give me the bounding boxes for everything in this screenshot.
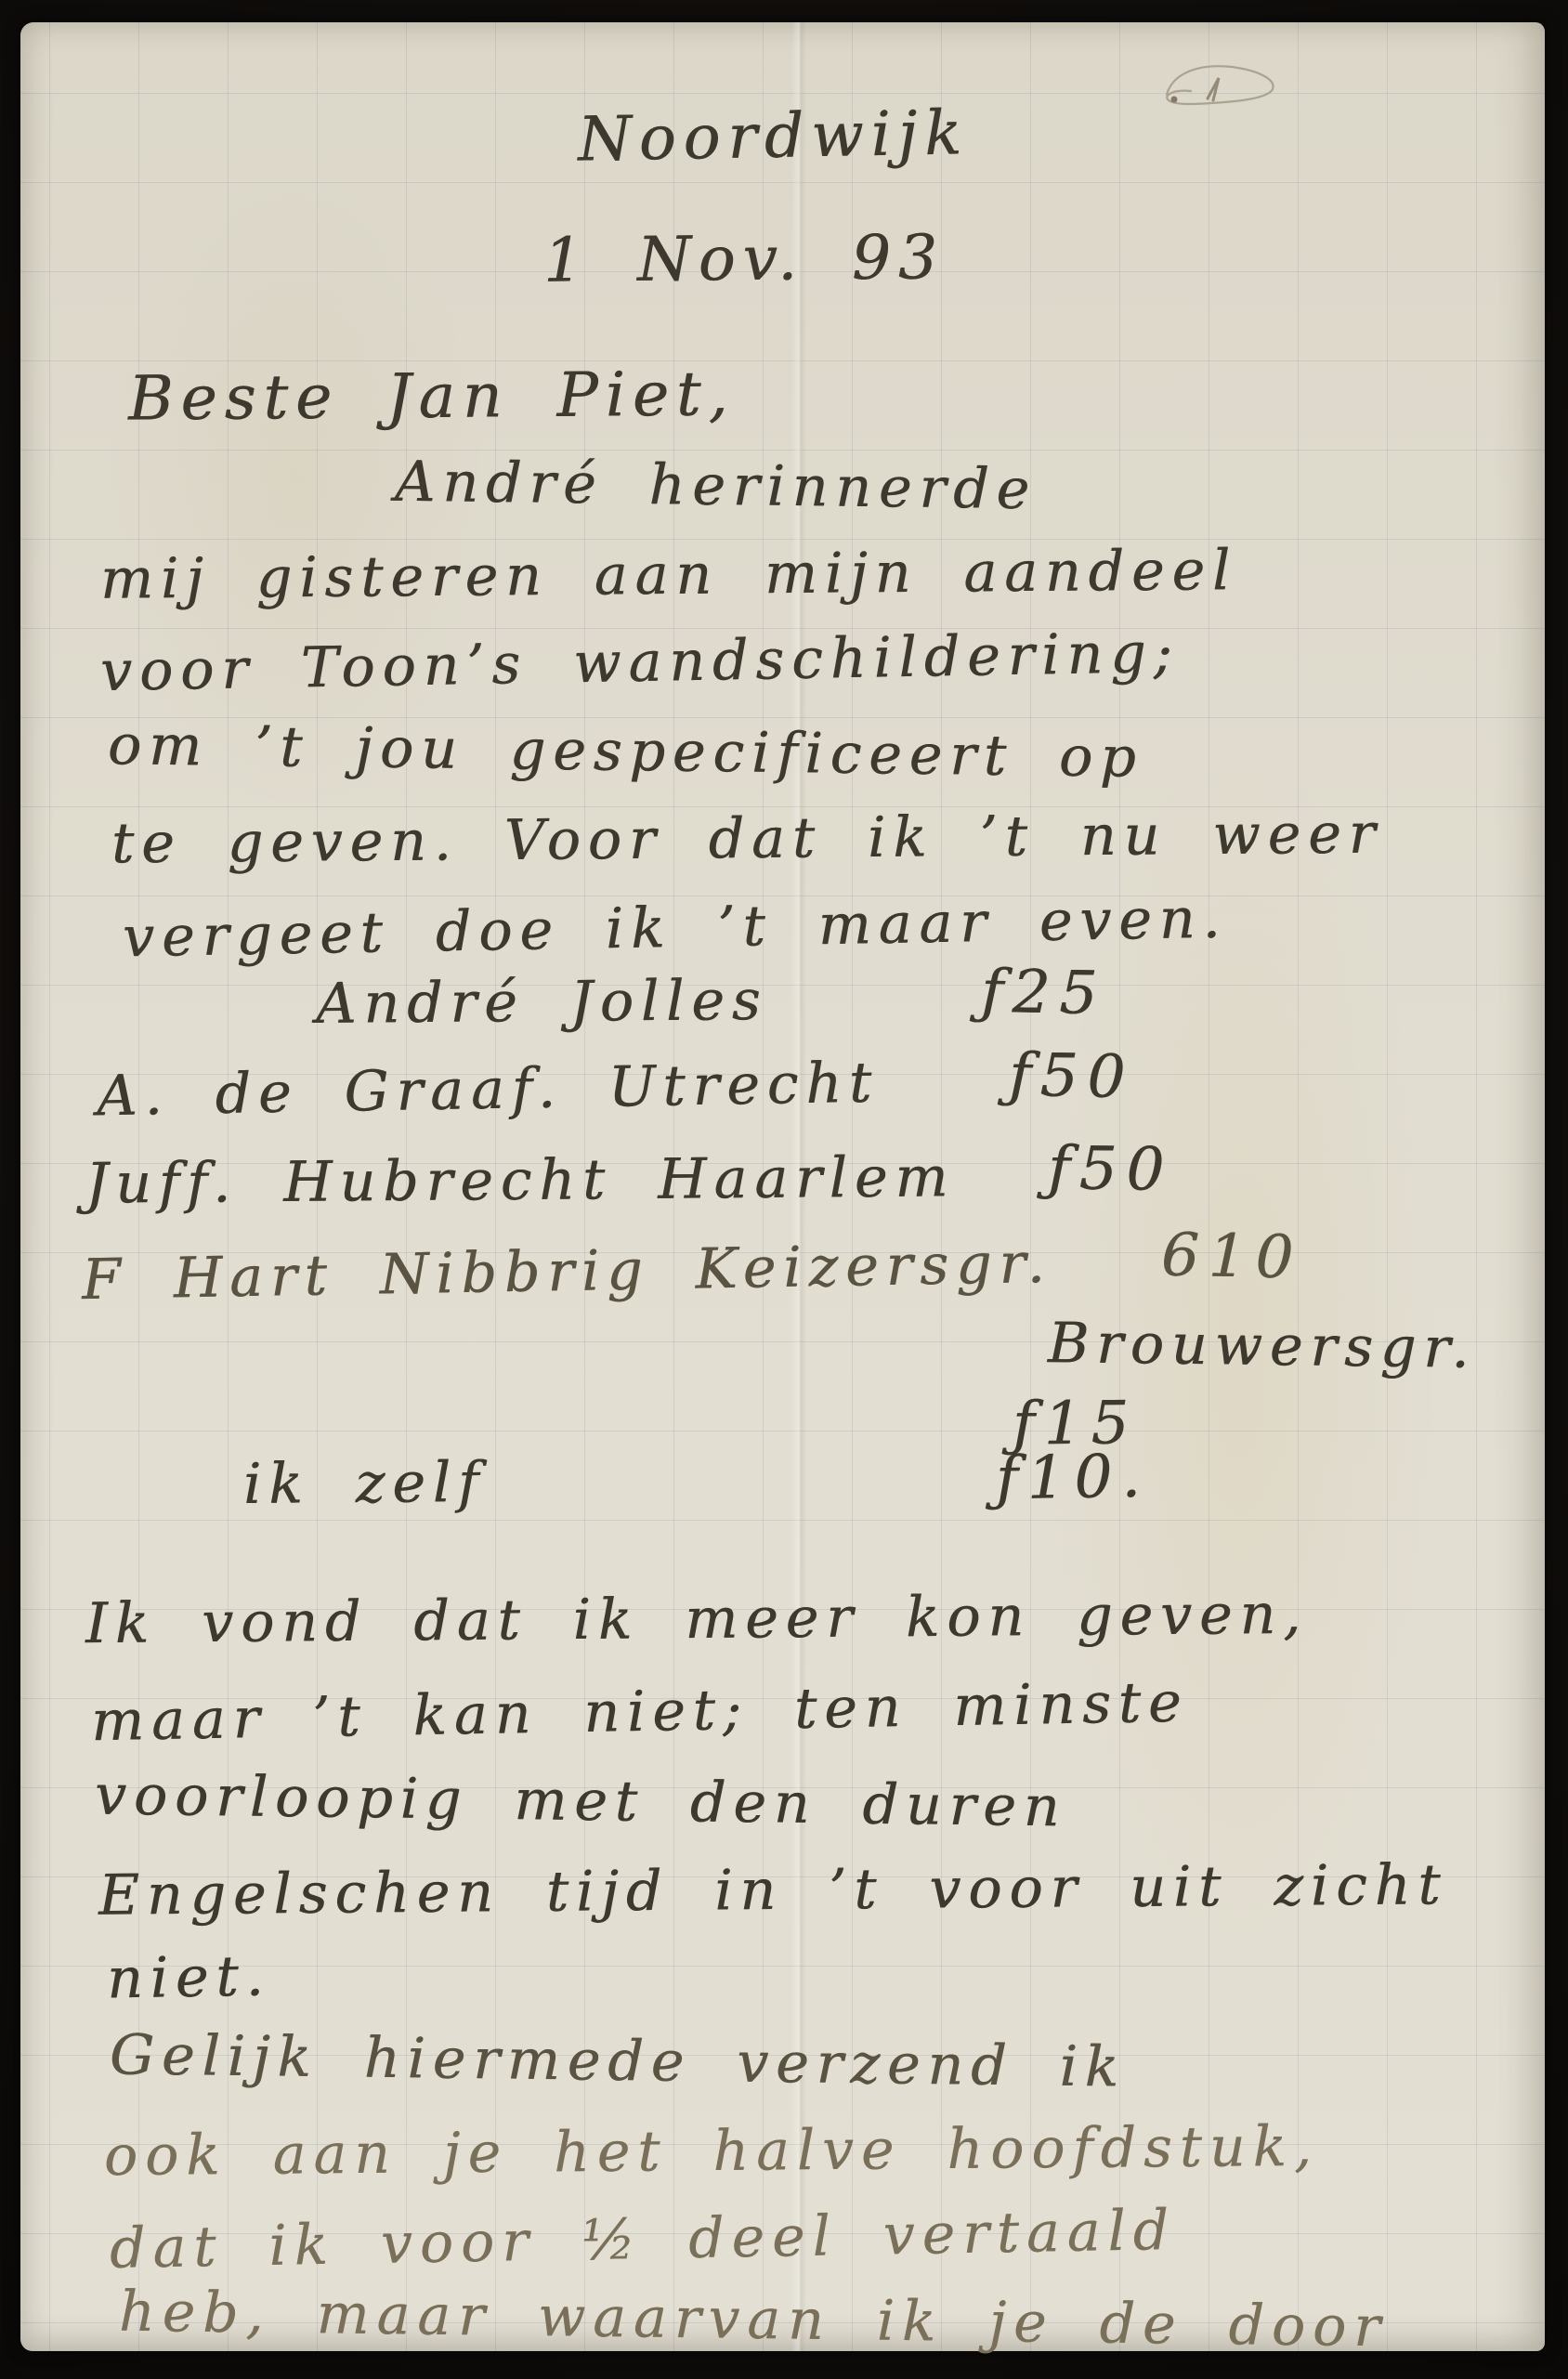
letter-line: Ik vond dat ik meer kon geven,: [85, 1586, 1309, 1654]
letter-date: 1 Nov. 93: [543, 225, 945, 293]
letter-line: mij gisteren aan mijn aandeel: [100, 542, 1238, 609]
contribution-name: Brouwersgr.: [1048, 1314, 1477, 1379]
letter-line: heb, maar waarvan ik je de door: [119, 2283, 1389, 2358]
letter-line: voorloopig met den duren: [95, 1767, 1067, 1837]
contribution-amount: 610: [1160, 1225, 1302, 1290]
letter-line: André herinnerde: [395, 453, 1038, 519]
contribution-amount: ƒ25: [980, 961, 1106, 1026]
letter-line: om ’t jou gespecificeert op: [108, 716, 1143, 788]
letter-salutation: Beste Jan Piet,: [128, 361, 736, 430]
letter-line: Gelijk hiermede verzend ik: [110, 2026, 1127, 2097]
letter-line: Engelschen tijd in ’t voor uit zicht: [98, 1856, 1448, 1925]
pencil-scribble: [1159, 56, 1299, 121]
contribution-amount: ƒ50: [1048, 1138, 1174, 1202]
contribution-amount: ƒ10.: [995, 1446, 1150, 1511]
contribution-name: Juff. Hubrecht Haarlem: [85, 1148, 956, 1213]
letter-line: ook aan je het halve hoofdstuk,: [104, 2118, 1319, 2186]
letter-line: niet.: [106, 1947, 271, 2008]
letter-line: te geven. Voor dat ik ’t nu weer: [111, 805, 1383, 874]
contribution-name: André Jolles: [316, 972, 768, 1034]
contribution-name: A. de Graaf. Utrecht: [97, 1054, 880, 1127]
contribution-amount: ƒ50: [1008, 1045, 1134, 1110]
scan-background: Noordwijk 1 Nov. 93 Beste Jan Piet, Andr…: [0, 0, 1568, 2379]
letter-place: Noordwijk: [577, 100, 969, 172]
contribution-name: ik zelf: [243, 1454, 487, 1514]
